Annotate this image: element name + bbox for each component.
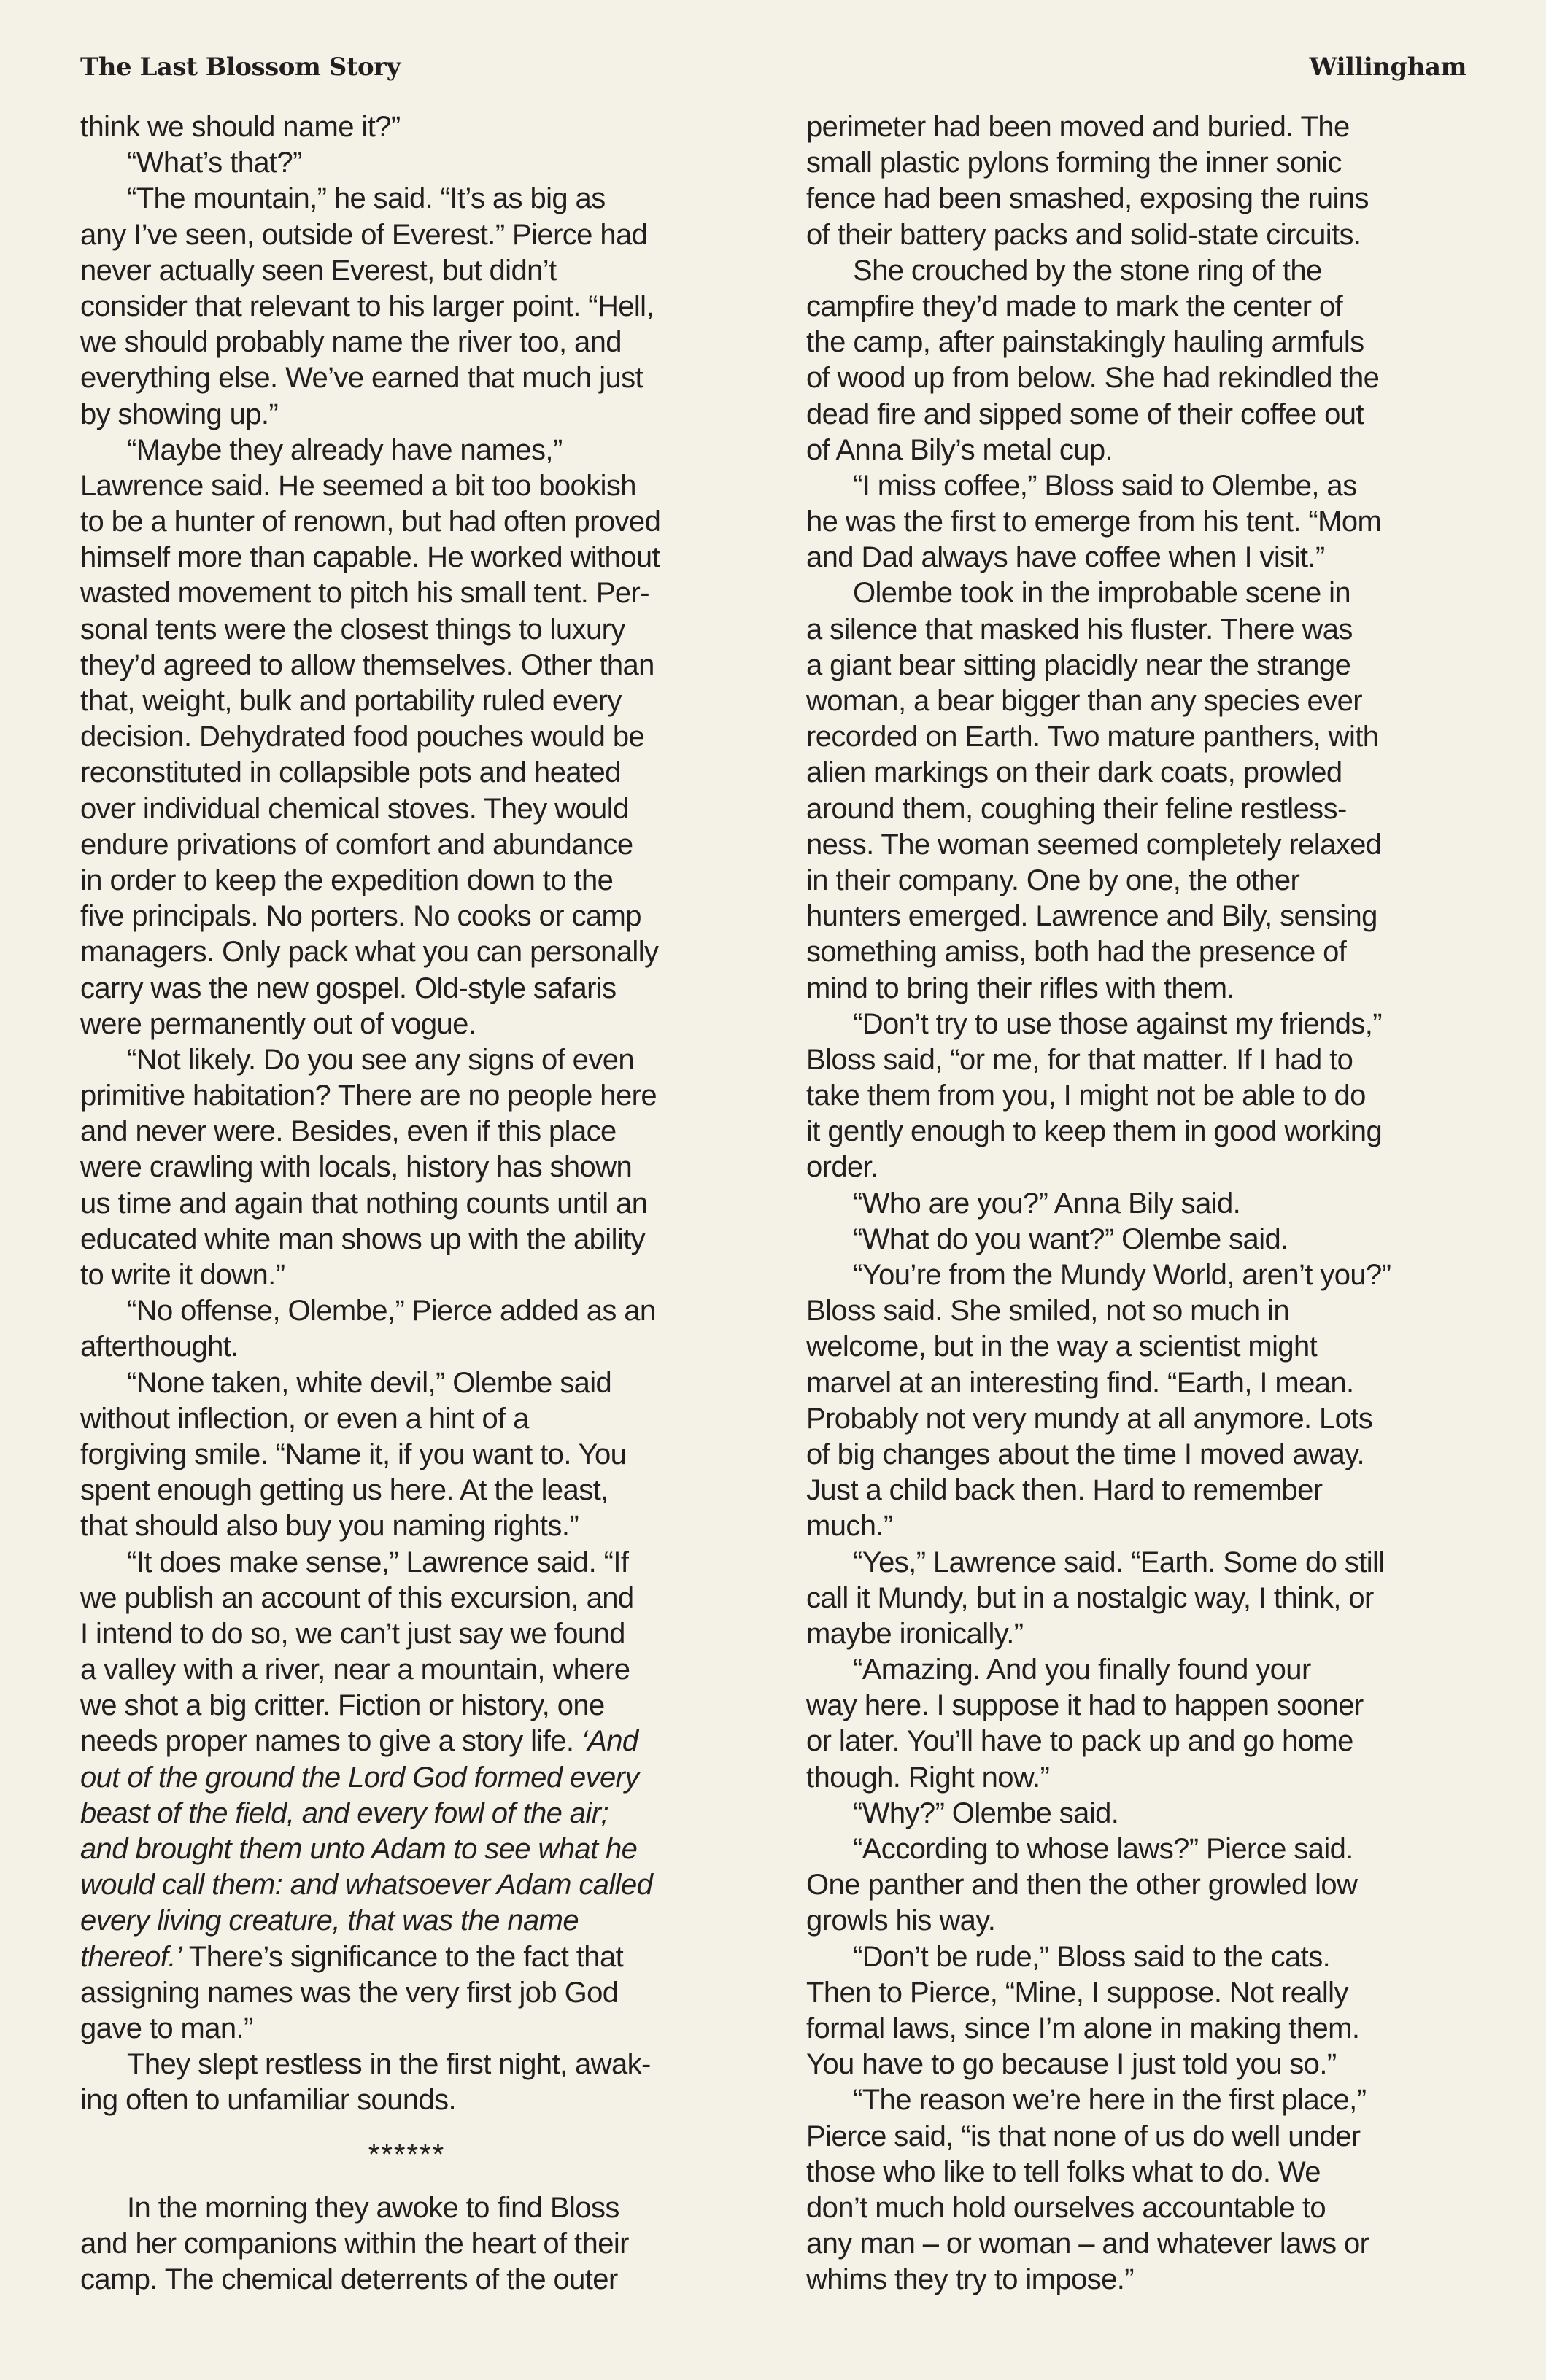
quote-text: beast of the field, and every fowl of th… [80,1797,608,1829]
text-line: any man – or woman – and whatever laws o… [806,2226,1488,2262]
left-text-column: think we should name it?”“What’s that?”“… [80,109,762,2298]
text-line: growls his way. [806,1903,1488,1939]
text-line: beast of the field, and every fowl of th… [80,1796,762,1831]
text-line: assigning names was the very first job G… [80,1975,762,2011]
text-line: around them, coughing their feline restl… [806,791,1488,827]
text-line: “It does make sense,” Lawrence said. “If [80,1545,762,1581]
text-line: five principals. No porters. No cooks or… [80,899,762,934]
text-line: himself more than capable. He worked wit… [80,540,762,575]
text-line: “Who are you?” Anna Bily said. [806,1186,1488,1222]
text-line: everything else. We’ve earned that much … [80,360,762,396]
quote-text: and brought them unto Adam to see what h… [80,1833,637,1865]
text-line: hunters emerged. Lawrence and Bily, sens… [806,899,1488,934]
text-line: “The mountain,” he said. “It’s as big as [80,181,762,217]
text-line: much.” [806,1508,1488,1544]
text-line: in their company. One by one, the other [806,863,1488,899]
text-line: campfire they’d made to mark the center … [806,289,1488,325]
text-line: thereof.’ There’s significance to the fa… [80,1939,762,1975]
text-line: of their battery packs and solid-state c… [806,217,1488,253]
text-line: “Don’t be rude,” Bloss said to the cats. [806,1939,1488,1975]
text-line: it gently enough to keep them in good wo… [806,1114,1488,1150]
text-line: though. Right now.” [806,1760,1488,1796]
text-line: small plastic pylons forming the inner s… [806,145,1488,181]
text-line: that, weight, bulk and portability ruled… [80,683,762,719]
running-header: The Last Blossom Story Willingham [80,53,1488,89]
text-line: never actually seen Everest, but didn’t [80,253,762,289]
text-line: reconstituted in collapsible pots and he… [80,755,762,791]
text-line: a valley with a river, near a mountain, … [80,1652,762,1688]
text-line: “I miss coffee,” Bloss said to Olembe, a… [806,468,1488,504]
text-line: Bloss said. She smiled, not so much in [806,1293,1488,1329]
quote-text: would call them: and whatsoever Adam cal… [80,1869,652,1901]
text-line: “None taken, white devil,” Olembe said [80,1365,762,1401]
text-line: we should probably name the river too, a… [80,325,762,360]
text-line: Probably not very mundy at all anymore. … [806,1401,1488,1437]
text-line: any I’ve seen, outside of Everest.” Pier… [80,217,762,253]
text-line: “No offense, Olembe,” Pierce added as an [80,1293,762,1329]
text-line: he was the first to emerge from his tent… [806,504,1488,540]
text-line: whims they try to impose.” [806,2262,1488,2298]
text-line: “Not likely. Do you see any signs of eve… [80,1042,762,1078]
text-line: a giant bear sitting placidly near the s… [806,648,1488,683]
text-line: Just a child back then. Hard to remember [806,1473,1488,1508]
text-line: You have to go because I just told you s… [806,2047,1488,2082]
text-line: in order to keep the expedition down to … [80,863,762,899]
text-line: managers. Only pack what you can persona… [80,934,762,970]
text-line: by showing up.” [80,397,762,433]
text-line: In the morning they awoke to find Bloss [80,2190,762,2226]
text-line: a silence that masked his fluster. There… [806,612,1488,648]
text-line: Olembe took in the improbable scene in [806,575,1488,611]
text-line: call it Mundy, but in a nostalgic way, I… [806,1581,1488,1616]
quote-text: thereof.’ [80,1941,182,1973]
text-line: afterthought. [80,1329,762,1365]
text-line: camp. The chemical deterrents of the out… [80,2262,762,2298]
text-line: “Yes,” Lawrence said. “Earth. Some do st… [806,1545,1488,1581]
text-line: us time and again that nothing counts un… [80,1186,762,1222]
text-line: to write it down.” [80,1257,762,1293]
text-line: recorded on Earth. Two mature panthers, … [806,719,1488,755]
text-line: would call them: and whatsoever Adam cal… [80,1867,762,1903]
text-line: educated white man shows up with the abi… [80,1222,762,1257]
text-line: forgiving smile. “Name it, if you want t… [80,1437,762,1473]
text-line: carry was the new gospel. Old-style safa… [80,971,762,1007]
text-line: and never were. Besides, even if this pl… [80,1114,762,1150]
text-line: “Amazing. And you finally found your [806,1652,1488,1688]
text-line: were permanently out of vogue. [80,1007,762,1042]
text-line: ness. The woman seemed completely relaxe… [806,827,1488,863]
text-line: fence had been smashed, exposing the rui… [806,181,1488,217]
text-line: primitive habitation? There are no peopl… [80,1078,762,1114]
text-line: One panther and then the other growled l… [806,1867,1488,1903]
section-break: ****** [80,2119,762,2190]
text-line: order. [806,1150,1488,1185]
text-line: of Anna Bily’s metal cup. [806,433,1488,468]
text-line: alien markings on their dark coats, prow… [806,755,1488,791]
text-line: “What’s that?” [80,145,762,181]
text-line: woman, a bear bigger than any species ev… [806,683,1488,719]
text-line: sonal tents were the closest things to l… [80,612,762,648]
text-line: “Don’t try to use those against my frien… [806,1007,1488,1042]
text-line: “Why?” Olembe said. [806,1796,1488,1831]
text-line: Lawrence said. He seemed a bit too booki… [80,468,762,504]
text-line: “You’re from the Mundy World, aren’t you… [806,1257,1488,1293]
text-line: were crawling with locals, history has s… [80,1150,762,1185]
text-line: dead fire and sipped some of their coffe… [806,397,1488,433]
text-line: and Dad always have coffee when I visit.… [806,540,1488,575]
text-line: decision. Dehydrated food pouches would … [80,719,762,755]
text-line: they’d agreed to allow themselves. Other… [80,648,762,683]
text-line: formal laws, since I’m alone in making t… [806,2011,1488,2047]
text-line: mind to bring their rifles with them. [806,971,1488,1007]
text-line: ing often to unfamiliar sounds. [80,2082,762,2118]
text-line: perimeter had been moved and buried. The [806,109,1488,145]
text-line: of big changes about the time I moved aw… [806,1437,1488,1473]
text-line: way here. I suppose it had to happen soo… [806,1688,1488,1724]
text-line: welcome, but in the way a scientist migh… [806,1329,1488,1365]
text-line: They slept restless in the first night, … [80,2047,762,2082]
text-line: out of the ground the Lord God formed ev… [80,1760,762,1796]
text-line: without inflection, or even a hint of a [80,1401,762,1437]
text-line: gave to man.” [80,2011,762,2047]
quote-text: every living creature, that was the name [80,1904,579,1937]
text-line: “What do you want?” Olembe said. [806,1222,1488,1257]
text-line: Pierce said, “is that none of us do well… [806,2119,1488,2155]
text-line: something amiss, both had the presence o… [806,934,1488,970]
text-line: we publish an account of this excursion,… [80,1581,762,1616]
text-line: the camp, after painstakingly hauling ar… [806,325,1488,360]
quote-text: ‘And [581,1725,638,1757]
text-line: think we should name it?” [80,109,762,145]
text-line: “Maybe they already have names,” [80,433,762,468]
text-line: spent enough getting us here. At the lea… [80,1473,762,1508]
text-line: marvel at an interesting find. “Earth, I… [806,1365,1488,1401]
text-line: of wood up from below. She had rekindled… [806,360,1488,396]
right-text-column: perimeter had been moved and buried. The… [806,109,1488,2298]
text-line: She crouched by the stone ring of the [806,253,1488,289]
text-line: over individual chemical stoves. They wo… [80,791,762,827]
text-line: that should also buy you naming rights.” [80,1508,762,1544]
text-line: “The reason we’re here in the first plac… [806,2082,1488,2118]
text-line: those who like to tell folks what to do.… [806,2155,1488,2190]
text-line: to be a hunter of renown, but had often … [80,504,762,540]
text-line: Then to Pierce, “Mine, I suppose. Not re… [806,1975,1488,2011]
quote-text: out of the ground the Lord God formed ev… [80,1761,639,1794]
text-line: consider that relevant to his larger poi… [80,289,762,325]
text-line: take them from you, I might not be able … [806,1078,1488,1114]
text-line: and brought them unto Adam to see what h… [80,1831,762,1867]
text-line: Bloss said, “or me, for that matter. If … [806,1042,1488,1078]
text-line: I intend to do so, we can’t just say we … [80,1616,762,1652]
text-line: we shot a big critter. Fiction or histor… [80,1688,762,1724]
text-line: “According to whose laws?” Pierce said. [806,1831,1488,1867]
text-line: needs proper names to give a story life.… [80,1724,762,1759]
text-line: every living creature, that was the name [80,1903,762,1939]
text-line: maybe ironically.” [806,1616,1488,1652]
text-line: or later. You’ll have to pack up and go … [806,1724,1488,1759]
text-line: don’t much hold ourselves accountable to [806,2190,1488,2226]
text-line: wasted movement to pitch his small tent.… [80,575,762,611]
story-title: The Last Blossom Story [80,53,401,82]
text-line: and her companions within the heart of t… [80,2226,762,2262]
author-name: Willingham [1310,53,1466,82]
text-line: endure privations of comfort and abundan… [80,827,762,863]
